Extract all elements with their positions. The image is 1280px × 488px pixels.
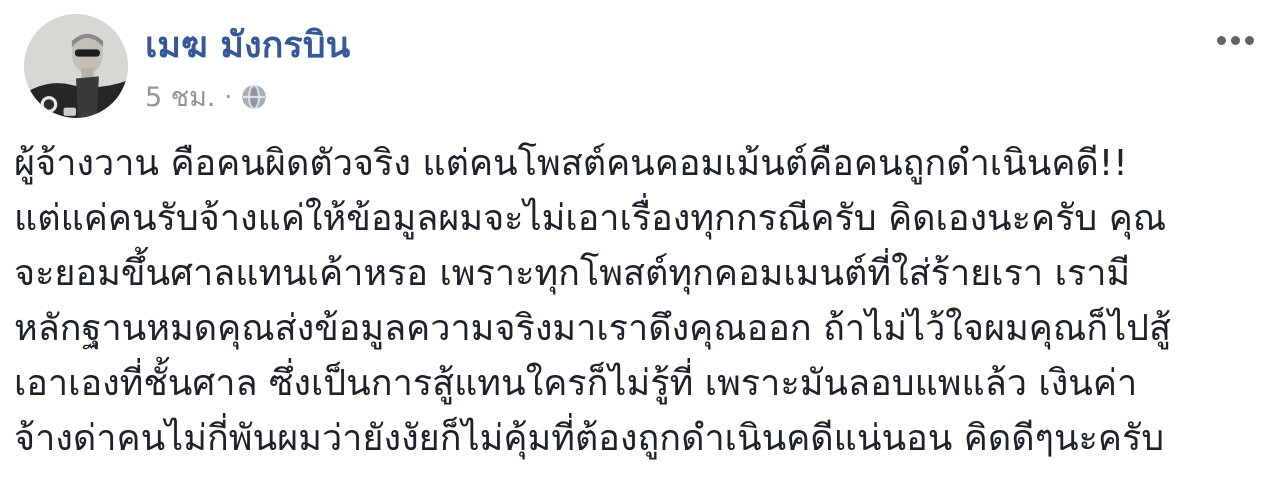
ellipsis-icon <box>1231 36 1240 45</box>
globe-icon <box>241 84 267 110</box>
profile-photo-graphic <box>24 14 128 118</box>
facebook-post: เมฆ มังกรบิน 5 ชม. · ผู้จ้างวาน คือคนผิด <box>0 0 1280 488</box>
ellipsis-icon <box>1245 36 1254 45</box>
post-text-line: จ้างด่าคนไม่กี่พันผมว่ายังงัยก็ไม่คุ้มที… <box>14 411 1272 466</box>
timestamp-row: 5 ชม. · <box>145 75 350 118</box>
dot-separator: · <box>224 83 232 111</box>
post-text: ผู้จ้างวาน คือคนผิดตัวจริง แต่คนโพสต์คนค… <box>14 136 1272 466</box>
post-header: เมฆ มังกรบิน 5 ชม. · <box>24 14 350 118</box>
header-meta: เมฆ มังกรบิน 5 ชม. · <box>145 14 350 118</box>
post-menu-button[interactable] <box>1211 30 1260 51</box>
post-text-line: จะยอมขึ้นศาลแทนเค้าหรอ เพราะทุกโพสต์ทุกค… <box>14 246 1272 301</box>
timestamp[interactable]: 5 ชม. <box>145 75 215 118</box>
post-text-line: เอาเองที่ชั้นศาล ซึ่งเป็นการสู้แทนใครก็ไ… <box>14 356 1272 411</box>
post-text-line: แต่แค่คนรับจ้างแค่ให้ข้อมูลผมจะไม่เอาเรื… <box>14 191 1272 246</box>
post-text-line: หลักฐานหมดคุณส่งข้อมูลความจริงมาเราดึงคุ… <box>14 301 1272 356</box>
post-text-line: ผู้จ้างวาน คือคนผิดตัวจริง แต่คนโพสต์คนค… <box>14 136 1272 191</box>
ellipsis-icon <box>1217 36 1226 45</box>
avatar[interactable] <box>24 14 128 118</box>
author-name[interactable]: เมฆ มังกรบิน <box>145 24 350 67</box>
